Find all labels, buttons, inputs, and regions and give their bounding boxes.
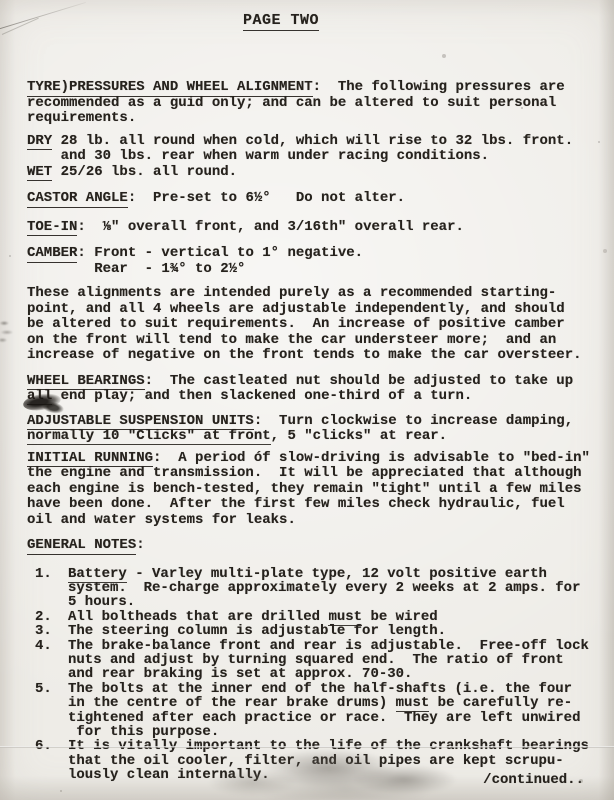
- section-body: end play; and then slackened one-third o…: [52, 388, 472, 404]
- pencil-mark: [0, 318, 15, 344]
- wet-label: WET: [27, 164, 52, 182]
- section-suspension-units: ADJUSTABLE SUSPENSION UNITS: Turn clockw…: [27, 414, 597, 445]
- wet-text: 25/26 lbs. all round.: [52, 164, 237, 180]
- list-item: 4.The brake-balance front and rear is ad…: [35, 639, 597, 682]
- section-castor-angle: CASTOR ANGLE: Pre-set to 6½° Do not alte…: [27, 191, 597, 207]
- list-item-number: 2.: [35, 610, 68, 624]
- section-heading: CASTOR ANGLE: [27, 190, 128, 208]
- section-body: : Pre-set to 6½° Do not alter.: [128, 190, 405, 206]
- list-item-text: All boltheads that are drilled must be w…: [68, 610, 597, 624]
- section-initial-running: INITIAL RUNNING: A period óf slow-drivin…: [27, 451, 597, 529]
- page-title-text: PAGE TWO: [243, 12, 319, 31]
- list-item-text-pre: The brake-balance front and rear is adju…: [68, 638, 589, 683]
- list-item: 3.The steering column is adjustable for …: [35, 624, 597, 638]
- dry-text: 28 lb. all round when cold, which will r…: [27, 133, 573, 165]
- list-item-number: 3.: [35, 624, 68, 638]
- list-item-text: The bolts at the inner end of the half-s…: [68, 682, 597, 740]
- section-general-notes-heading: GENERAL NOTES:: [27, 538, 597, 554]
- section-body: : Front - vertical to 1° negative. Rear …: [27, 245, 363, 277]
- section-body: , 5 "clicks" at rear.: [271, 428, 447, 444]
- list-item-number: 5.: [35, 682, 68, 696]
- section-camber: CAMBER: Front - vertical to 1° negative.…: [27, 246, 597, 277]
- list-item: 2.All boltheads that are drilled must be…: [35, 610, 597, 624]
- list-item-text: Battery - Varley multi-plate type, 12 vo…: [68, 567, 597, 610]
- underlined-phrase: normally 10 "Clicks" at front: [27, 428, 271, 445]
- list-item: 5.The bolts at the inner end of the half…: [35, 682, 597, 740]
- smudge-stain: [180, 742, 510, 800]
- section-pressure-values: DRY 28 lb. all round when cold, which wi…: [27, 134, 597, 181]
- section-wheel-bearings: WHEEL BEARINGS: The castleated nut shoul…: [27, 374, 597, 405]
- section-heading: TOE-IN: [27, 219, 77, 237]
- paragraph-alignment-advice: These alignments are intended purely as …: [27, 286, 597, 364]
- page-title: PAGE TWO: [0, 13, 562, 29]
- list-item-text: The brake-balance front and rear is adju…: [68, 639, 597, 682]
- paper-specks: [0, 0, 2, 2]
- section-body: : ⅛" overall front, and 3/16th" overall …: [77, 219, 463, 235]
- section-colon: :: [136, 537, 144, 553]
- list-item: 1.Battery - Varley multi-plate type, 12 …: [35, 567, 597, 610]
- list-item-number: 4.: [35, 639, 68, 653]
- list-item-text-post: - Varley multi-plate type, 12 volt posit…: [68, 566, 580, 611]
- section-toe-in: TOE-IN: ⅛" overall front, and 3/16th" ov…: [27, 220, 597, 236]
- section-tyre-pressures: TYRE)PRESSURES AND WHEEL ALIGNMENT: The …: [27, 80, 597, 127]
- section-heading: GENERAL NOTES: [27, 537, 136, 555]
- document-body: TYRE)PRESSURES AND WHEEL ALIGNMENT: The …: [27, 80, 597, 783]
- section-body: : The castleated nut should be adjusted …: [145, 373, 573, 389]
- list-item-number: 1.: [35, 567, 68, 581]
- section-body: : Turn clockwise to increase damping,: [254, 413, 573, 429]
- list-item-text: The steering column is adjustable for le…: [68, 624, 597, 638]
- scanned-document-page: PAGE TWO TYRE)PRESSURES AND WHEEL ALIGNM…: [0, 0, 614, 800]
